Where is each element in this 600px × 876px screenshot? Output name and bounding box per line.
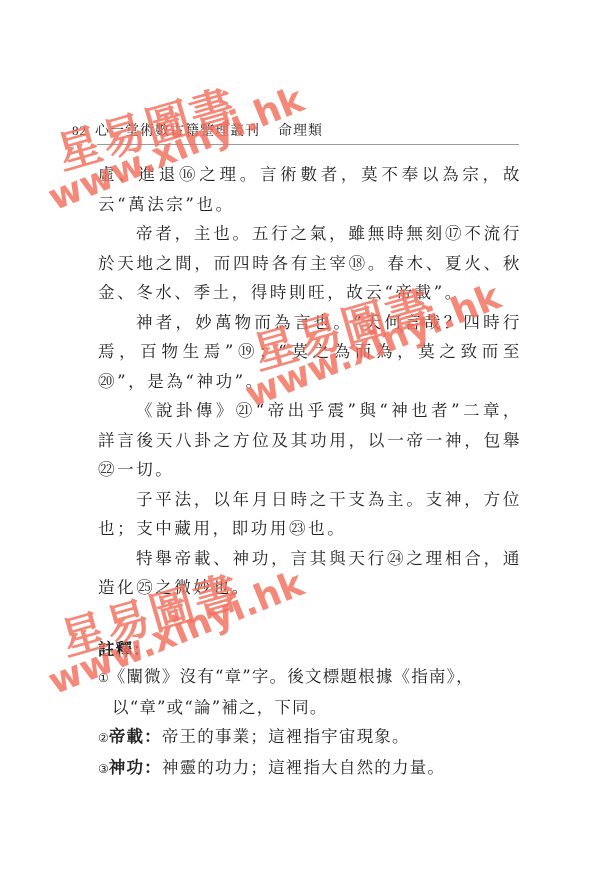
series-title: 心一堂術數古籍整理叢刊	[95, 123, 260, 139]
note-number: ②	[98, 731, 109, 745]
note-number: ①	[98, 671, 109, 685]
note-item: ②帝載：帝王的事業；這裡指宇宙現象。	[98, 722, 522, 753]
running-head: 82心一堂術數古籍整理叢刊命理類	[72, 120, 323, 140]
book-page: 82心一堂術數古籍整理叢刊命理類 虛、進退⑯之理。言術數者，莫不奉以為宗，故云“…	[0, 0, 600, 876]
page-number: 82	[72, 123, 87, 138]
notes-list: ①《闡微》沒有“章”字。後文標題根據《指南》，以“章”或“論”補之，下同。 ②帝…	[98, 662, 522, 784]
body-text: 虛、進退⑯之理。言術數者，莫不奉以為宗，故云“萬法宗”也。 帝者，主也。五行之氣…	[98, 160, 522, 603]
category-label: 命理類	[278, 123, 323, 139]
note-term: 神功：	[109, 758, 162, 777]
paragraph: 虛、進退⑯之理。言術數者，莫不奉以為宗，故云“萬法宗”也。	[98, 160, 522, 219]
note-number: ③	[98, 762, 109, 776]
note-text: 帝王的事業；這裡指宇宙現象。	[162, 727, 410, 746]
paragraph: 《說卦傳》㉑“帝出乎震”與“神也者”二章，詳言後天八卦之方位及其功用，以一帝一神…	[98, 396, 522, 485]
note-text: 《闡微》沒有“章”字。後文標題根據《指南》，以“章”或“論”補之，下同。	[109, 667, 474, 717]
paragraph: 特舉帝載、神功，言其與天行㉔之理相合，通造化㉕之微妙也。	[98, 544, 522, 603]
note-term: 帝載：	[109, 727, 162, 746]
header-rule	[97, 144, 519, 145]
paragraph: 神者，妙萬物而為言也。“天何言哉？四時行焉，百物生焉”⑲；“莫之為而為，莫之致而…	[98, 308, 522, 397]
note-item: ③神功：神靈的功力；這裡指大自然的力量。	[98, 753, 522, 784]
note-text: 神靈的功力；這裡指大自然的力量。	[162, 758, 445, 777]
notes-heading: 註釋：	[98, 636, 151, 660]
note-item: ①《闡微》沒有“章”字。後文標題根據《指南》，以“章”或“論”補之，下同。	[98, 662, 522, 722]
paragraph: 子平法，以年月日時之干支為主。支神，方位也；支中藏用，即功用㉓也。	[98, 485, 522, 544]
paragraph: 帝者，主也。五行之氣，雖無時無刻⑰不流行於天地之間，而四時各有主宰⑱。春木、夏火…	[98, 219, 522, 308]
